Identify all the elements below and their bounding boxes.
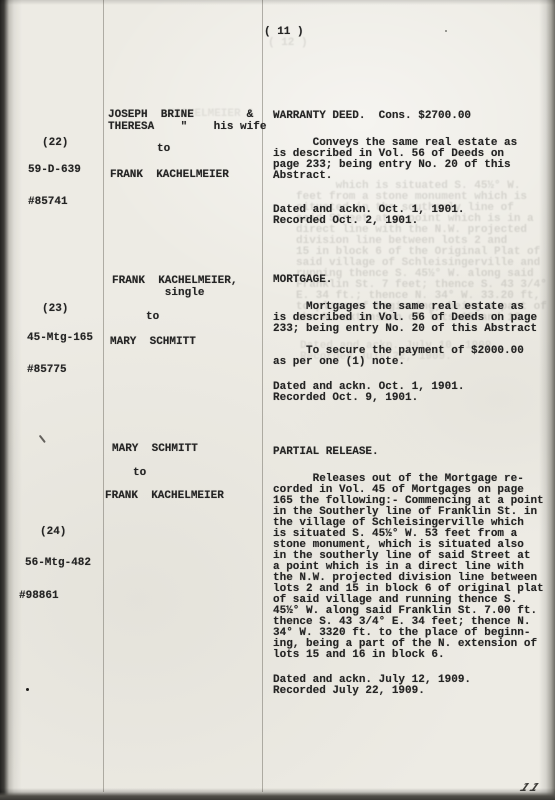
grantor-names: MARY SCHMITT [112, 444, 198, 455]
instrument-number: #85775 [27, 365, 67, 376]
liber-reference: 45-Mtg-165 [27, 333, 93, 344]
to-connector: to [157, 144, 170, 155]
entry-index-label: (22) [42, 138, 68, 149]
entry-body-text: Releases out of the Mortgage re- corded … [273, 474, 544, 661]
instrument-title: PARTIAL RELEASE. [273, 447, 379, 458]
grantee-name: FRANK KACHELMEIER [110, 170, 229, 181]
ink-speck [26, 688, 29, 691]
to-connector: to [146, 312, 159, 323]
scanned-abstract-page: ( 12 ) KACHELMEIER & which is situated S… [0, 0, 555, 800]
grantee-name: FRANK KACHELMEIER [105, 491, 224, 502]
liber-reference: 56-Mtg-482 [25, 558, 91, 569]
entry-index-label: (23) [42, 304, 68, 315]
bleedthrough-page-number: ( 12 ) [268, 38, 308, 49]
page-number-header: ( 11 ) [264, 27, 304, 38]
entry-index-label: (24) [40, 527, 66, 538]
instrument-number: #98861 [19, 591, 59, 602]
entry-body-text: Mortgages the same real estate as is des… [273, 302, 537, 368]
dated-recorded-lines: Dated and ackn. Oct. 1, 1901. Recorded O… [273, 382, 464, 404]
instrument-number: #85741 [28, 197, 68, 208]
to-connector: to [133, 468, 146, 479]
column-rule-left [103, 0, 104, 792]
grantor-names: JOSEPH BRINE & THERESA " his wife [108, 109, 266, 133]
grantee-name: MARY SCHMITT [110, 337, 196, 348]
grantor-names: FRANK KACHELMEIER, single [112, 275, 237, 299]
entry-body-text: Conveys the same real estate as is descr… [273, 138, 517, 182]
dated-recorded-lines: Dated and ackn. July 12, 1909. Recorded … [273, 675, 471, 697]
instrument-title: WARRANTY DEED. Cons. $2700.00 [273, 111, 471, 122]
ink-speck [445, 30, 447, 32]
instrument-title: MORTGAGE. [273, 275, 332, 286]
dated-recorded-lines: Dated and ackn. Oct. 1, 1901. Recorded O… [273, 205, 464, 227]
liber-reference: 59-D-639 [28, 165, 81, 176]
